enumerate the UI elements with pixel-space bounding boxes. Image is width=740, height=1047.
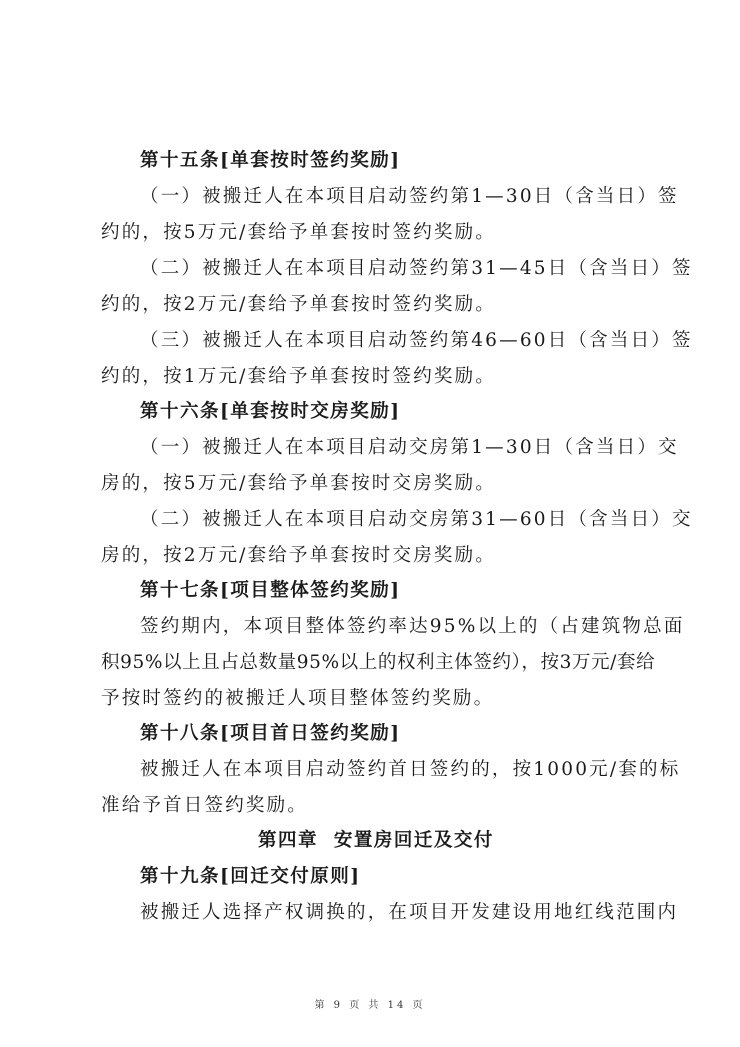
article-17-body-1: 签约期内，本项目整体签约率达95%以上的（占建筑物总面	[140, 615, 685, 639]
article-19-heading: 第十九条[回迁交付原则]	[140, 865, 361, 889]
article-18-heading: 第十八条[项目首日签约奖励]	[140, 722, 401, 746]
article-15-item-2-cont: 约的，按2万元/套给予单套按时签约奖励。	[101, 293, 496, 317]
article-17-body-2: 积95%以上且占总数量95%以上的权利主体签约），按3万元/套给	[101, 651, 655, 675]
document-page: 第十五条[单套按时签约奖励] （一）被搬迁人在本项目启动签约第1—30日（含当日…	[0, 0, 740, 1047]
article-18-body-1: 被搬迁人在本项目启动签约首日签约的，按1000元/套的标	[140, 758, 680, 782]
article-16-item-1-cont: 房的，按5万元/套给予单套按时交房奖励。	[101, 472, 496, 496]
article-15-item-2: （二）被搬迁人在本项目启动签约第31—45日（含当日）签	[140, 257, 693, 281]
article-15-item-3-cont: 约的，按1万元/套给予单套按时签约奖励。	[101, 365, 496, 389]
article-16-heading: 第十六条[单套按时交房奖励]	[140, 400, 401, 424]
page-number: 第 9 页 共 14 页	[0, 996, 740, 1011]
chapter-4-title: 第四章 安置房回迁及交付	[258, 829, 494, 853]
article-19-body-1: 被搬迁人选择产权调换的，在项目开发建设用地红线范围内	[140, 901, 678, 925]
article-16-item-2: （二）被搬迁人在本项目启动交房第31—60日（含当日）交	[140, 508, 693, 532]
article-17-body-3: 予按时签约的被搬迁人项目整体签约奖励。	[101, 687, 494, 711]
article-16-item-2-cont: 房的，按2万元/套给予单套按时交房奖励。	[101, 544, 496, 568]
article-15-heading: 第十五条[单套按时签约奖励]	[140, 149, 401, 173]
article-15-item-1-cont: 约的，按5万元/套给予单套按时签约奖励。	[101, 221, 496, 245]
article-17-heading: 第十七条[项目整体签约奖励]	[140, 579, 401, 603]
article-16-item-1: （一）被搬迁人在本项目启动交房第1—30日（含当日）交	[140, 436, 679, 460]
article-15-item-1: （一）被搬迁人在本项目启动签约第1—30日（含当日）签	[140, 185, 679, 209]
article-18-body-2: 准给予首日签约奖励。	[101, 794, 308, 818]
article-15-item-3: （三）被搬迁人在本项目启动签约第46—60日（含当日）签	[140, 329, 693, 353]
